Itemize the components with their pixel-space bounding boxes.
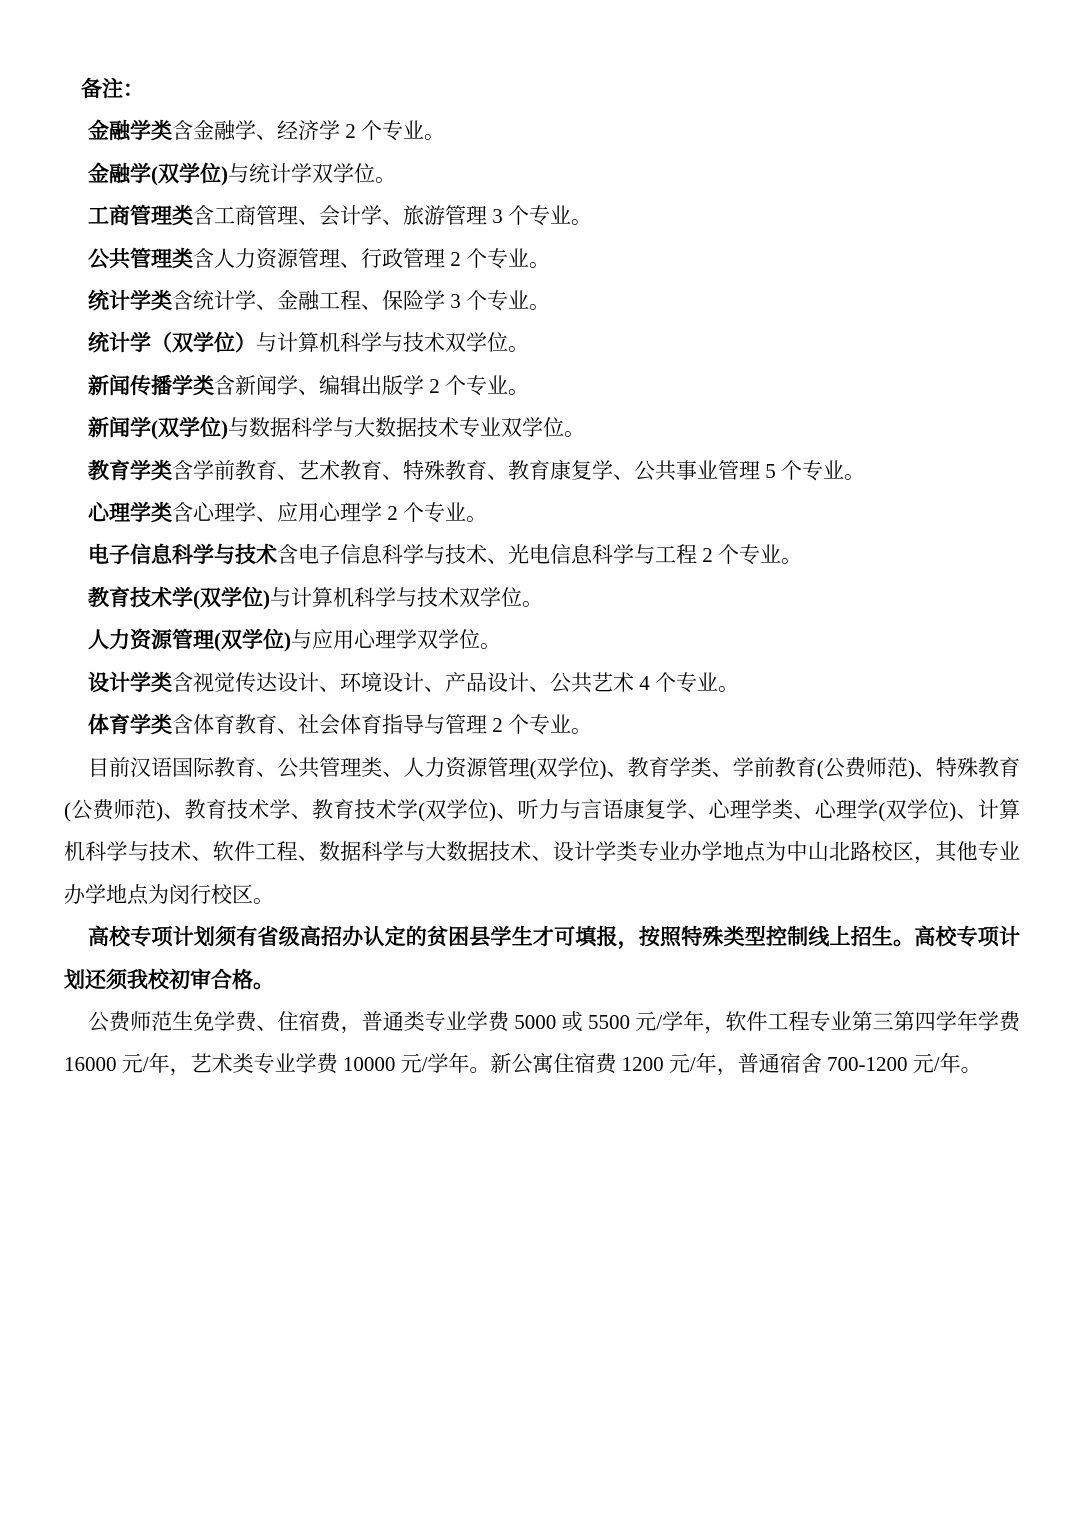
note-term: 设计学类 [88,671,172,695]
note-item: 统计学类含统计学、金融工程、保险学 3 个专业。 [64,280,1020,322]
note-term: 教育技术学(双学位) [88,586,270,610]
note-item: 电子信息科学与技术含电子信息科学与技术、光电信息科学与工程 2 个专业。 [64,534,1020,576]
note-item: 教育技术学(双学位)与计算机科学与技术双学位。 [64,577,1020,619]
note-term: 公共管理类 [88,247,193,271]
note-term: 心理学类 [88,501,172,525]
note-desc: 含金融学、经济学 2 个专业。 [172,119,445,143]
note-item: 人力资源管理(双学位)与应用心理学双学位。 [64,619,1020,661]
note-desc: 含电子信息科学与技术、光电信息科学与工程 2 个专业。 [277,543,802,567]
note-desc: 含视觉传达设计、环境设计、产品设计、公共艺术 4 个专业。 [172,671,739,695]
note-item: 公共管理类含人力资源管理、行政管理 2 个专业。 [64,238,1020,280]
note-item: 统计学（双学位）与计算机科学与技术双学位。 [64,322,1020,364]
note-item: 设计学类含视觉传达设计、环境设计、产品设计、公共艺术 4 个专业。 [64,662,1020,704]
note-term: 统计学（双学位） [88,331,256,355]
note-item: 体育学类含体育教育、社会体育指导与管理 2 个专业。 [64,704,1020,746]
paragraph: 目前汉语国际教育、公共管理类、人力资源管理(双学位)、教育学类、学前教育(公费师… [64,747,1020,917]
note-term: 体育学类 [88,713,172,737]
note-item: 心理学类含心理学、应用心理学 2 个专业。 [64,492,1020,534]
document-content: 备注： 金融学类含金融学、经济学 2 个专业。金融学(双学位)与统计学双学位。工… [64,68,1020,1086]
note-desc: 与计算机科学与技术双学位。 [270,586,543,610]
note-item: 工商管理类含工商管理、会计学、旅游管理 3 个专业。 [64,195,1020,237]
note-desc: 与应用心理学双学位。 [291,628,501,652]
note-term: 新闻传播学类 [88,374,214,398]
note-term: 工商管理类 [88,204,193,228]
document-page: 备注： 金融学类含金融学、经济学 2 个专业。金融学(双学位)与统计学双学位。工… [0,0,1080,1527]
note-desc: 含新闻学、编辑出版学 2 个专业。 [214,374,529,398]
note-term: 金融学(双学位) [88,162,228,186]
note-desc: 与计算机科学与技术双学位。 [256,331,529,355]
note-desc: 含工商管理、会计学、旅游管理 3 个专业。 [193,204,592,228]
note-item: 金融学类含金融学、经济学 2 个专业。 [64,110,1020,152]
paragraph-special-plan: 高校专项计划须有省级高招办认定的贫困县学生才可填报，按照特殊类型控制线上招生。高… [64,916,1020,1001]
notes-title: 备注： [64,68,1020,110]
note-desc: 含体育教育、社会体育指导与管理 2 个专业。 [172,713,592,737]
note-item: 教育学类含学前教育、艺术教育、特殊教育、教育康复学、公共事业管理 5 个专业。 [64,450,1020,492]
note-desc: 含学前教育、艺术教育、特殊教育、教育康复学、公共事业管理 5 个专业。 [172,459,865,483]
note-item: 新闻传播学类含新闻学、编辑出版学 2 个专业。 [64,365,1020,407]
note-term: 金融学类 [88,119,172,143]
note-desc: 与统计学双学位。 [228,162,396,186]
note-term: 教育学类 [88,459,172,483]
note-desc: 含人力资源管理、行政管理 2 个专业。 [193,247,550,271]
note-term: 电子信息科学与技术 [88,543,277,567]
notes-list: 金融学类含金融学、经济学 2 个专业。金融学(双学位)与统计学双学位。工商管理类… [64,110,1020,746]
note-item: 金融学(双学位)与统计学双学位。 [64,153,1020,195]
note-item: 新闻学(双学位)与数据科学与大数据技术专业双学位。 [64,407,1020,449]
note-desc: 与数据科学与大数据技术专业双学位。 [228,416,585,440]
paragraphs-block: 目前汉语国际教育、公共管理类、人力资源管理(双学位)、教育学类、学前教育(公费师… [64,747,1020,1086]
paragraph: 公费师范生免学费、住宿费，普通类专业学费 5000 或 5500 元/学年，软件… [64,1001,1020,1086]
note-term: 人力资源管理(双学位) [88,628,291,652]
note-desc: 含心理学、应用心理学 2 个专业。 [172,501,487,525]
note-term: 新闻学(双学位) [88,416,228,440]
note-term: 统计学类 [88,289,172,313]
note-desc: 含统计学、金融工程、保险学 3 个专业。 [172,289,550,313]
